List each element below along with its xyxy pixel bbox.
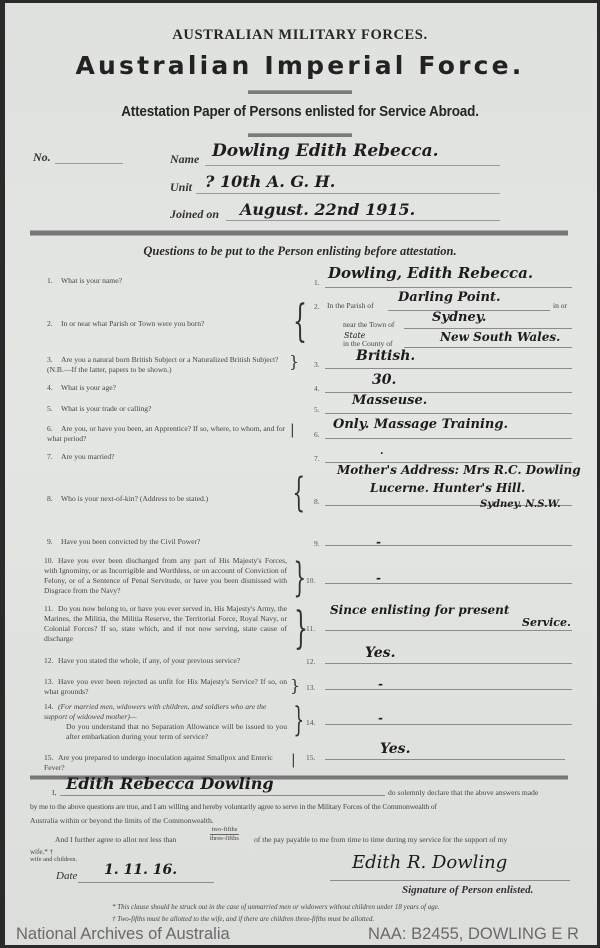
question-15: 15.Are you prepared to undergo inoculati… xyxy=(44,753,287,773)
in-or-label: in or xyxy=(553,301,567,311)
answer-line xyxy=(325,368,572,369)
answer-9: - xyxy=(376,535,381,549)
footnote: * This clause should be struck out in th… xyxy=(112,903,440,911)
parish-label: In the Parish of xyxy=(327,301,374,311)
answer-number: 12. xyxy=(306,657,315,666)
answer-15: Yes. xyxy=(380,741,410,757)
joined-label: Joined on xyxy=(170,207,219,222)
question-14: 14.(For married men, widowers with child… xyxy=(44,702,287,742)
answer-4: 30. xyxy=(372,372,396,388)
section-divider xyxy=(30,230,568,236)
no-field xyxy=(55,163,123,164)
brace-icon: } xyxy=(290,676,300,695)
declaration-signed-name: Edith Rebecca Dowling xyxy=(66,774,274,793)
answer-number: 6. xyxy=(314,430,320,439)
unit-label: Unit xyxy=(170,180,192,195)
joined-field-line xyxy=(226,220,500,221)
answer-number: 7. xyxy=(314,454,320,463)
joined-value: August. 22nd 1915. xyxy=(240,200,415,219)
date-label: Date xyxy=(56,870,77,882)
answer-number: 5. xyxy=(314,405,320,414)
answer-number: 4. xyxy=(314,384,320,393)
answer-number: 11. xyxy=(306,624,315,633)
answer-1: Dowling, Edith Rebecca. xyxy=(328,264,533,282)
name-label: Name xyxy=(170,152,199,167)
answer-line xyxy=(325,663,572,664)
answer-7: . xyxy=(380,446,383,457)
answer-12: Yes. xyxy=(365,645,395,661)
signature-label: Signature of Person enlisted. xyxy=(402,884,533,896)
answer-11-line1: Since enlisting for present xyxy=(330,603,509,617)
header-military-forces: AUSTRALIAN MILITARY FORCES. xyxy=(0,27,600,44)
county-value: New South Wales. xyxy=(440,330,560,344)
header-divider xyxy=(248,133,352,137)
answer-line xyxy=(325,438,572,439)
declaration-name-line xyxy=(60,795,385,796)
watermark-record-id: NAA: B2455, DOWLING E R xyxy=(368,925,579,944)
answer-line xyxy=(325,583,572,584)
answer-line xyxy=(325,413,572,414)
wife-children-line: wife and children. xyxy=(30,853,77,867)
questions-heading: Questions to be put to the Person enlist… xyxy=(0,244,600,259)
answer-11-line2: Service. xyxy=(522,616,571,629)
answer-line xyxy=(404,328,572,329)
question-6: 6.Are you, or have you been, an Apprenti… xyxy=(47,424,287,444)
question-12: 12.Have you stated the whole, if any, of… xyxy=(44,656,287,666)
answer-line xyxy=(404,347,572,348)
next-of-kin-line1: Mother's Address: Mrs R.C. Dowling xyxy=(337,463,581,477)
answer-number: 1. xyxy=(314,278,320,287)
question-5: 5.What is your trade or calling? xyxy=(47,404,287,414)
date-value: 1. 11. 16. xyxy=(104,862,177,878)
answer-line xyxy=(325,545,572,546)
footnote: † Two-fifths must be allotted to the wif… xyxy=(112,915,374,923)
question-8: 8.Who is your next-of-kin? (Address to b… xyxy=(47,494,287,504)
unit-field-line xyxy=(196,193,500,194)
parish-value: Darling Point. xyxy=(398,290,501,305)
answer-6: Only. Massage Training. xyxy=(333,417,508,432)
header-imperial-force: Australian Imperial Force. xyxy=(0,51,600,80)
signature-line xyxy=(330,880,570,881)
answer-line xyxy=(325,287,572,288)
date-line xyxy=(78,882,214,883)
answer-line xyxy=(325,630,572,631)
answer-3: British. xyxy=(356,348,415,364)
question-2: 2.In or near what Parish or Town were yo… xyxy=(47,319,287,329)
next-of-kin-line3: Sydney. N.S.W. xyxy=(480,499,561,510)
question-4: 4.What is your age? xyxy=(47,383,287,393)
brace-icon: } xyxy=(293,700,304,740)
brace-icon: { xyxy=(293,296,307,347)
town-value: Sydney. xyxy=(432,310,486,325)
answer-number: 2. xyxy=(314,302,320,311)
answer-number: 9. xyxy=(314,539,320,548)
answer-5: Masseuse. xyxy=(352,393,427,408)
question-10: 10.Have you ever been discharged from an… xyxy=(44,556,287,596)
answer-10: - xyxy=(376,571,381,585)
answer-13: - xyxy=(378,677,383,691)
answer-line xyxy=(325,759,565,760)
question-9: 9.Have you been convicted by the Civil P… xyxy=(47,537,287,547)
allotment-text: And I further agree to allot not less th… xyxy=(55,833,176,847)
watermark-archive-name: National Archives of Australia xyxy=(16,925,230,944)
header-attestation-title: Attestation Paper of Persons enlisted fo… xyxy=(30,103,570,120)
answer-number: 13. xyxy=(306,683,315,692)
question-7: 7.Are you married? xyxy=(47,452,287,462)
brace-icon: | xyxy=(291,752,296,768)
town-label: near the Town of xyxy=(343,320,394,330)
next-of-kin-line2: Lucerne. Hunter's Hill. xyxy=(370,481,525,495)
answer-number: 14. xyxy=(306,718,315,727)
answer-14: - xyxy=(378,711,383,725)
question-3: 3.Are you a natural born British Subject… xyxy=(47,355,287,375)
name-field-line xyxy=(205,165,500,166)
answer-line xyxy=(325,724,572,725)
answer-number: 3. xyxy=(314,360,320,369)
answer-number: 15. xyxy=(306,753,315,762)
header-divider xyxy=(248,90,352,94)
question-1: 1.What is your name? xyxy=(47,276,287,286)
question-11: 11.Do you now belong to, or have you eve… xyxy=(44,604,287,644)
allotment-text: of the pay payable to me from time to ti… xyxy=(254,833,507,847)
answer-number: 10. xyxy=(306,576,315,585)
brace-icon: } xyxy=(289,352,299,371)
brace-icon: } xyxy=(293,555,306,601)
brace-icon: | xyxy=(290,422,295,438)
name-value: Dowling Edith Rebecca. xyxy=(212,141,439,161)
declaration-text: Australia within or beyond the limits of… xyxy=(30,814,214,828)
answer-number: 8. xyxy=(314,497,320,506)
signature-value: Edith R. Dowling xyxy=(352,852,507,873)
no-label: No. xyxy=(33,150,51,165)
declaration-text: do solemnly declare that the above answe… xyxy=(388,786,538,800)
allotment-fraction: two-fifths three-fifths xyxy=(210,826,239,843)
declaration-text: by me to the above questions are true, a… xyxy=(30,800,570,814)
unit-value: ? 10th A. G. H. xyxy=(205,172,335,191)
question-13: 13.Have you ever been rejected as unfit … xyxy=(44,677,287,697)
declaration-prefix: I, xyxy=(52,786,56,800)
answer-line xyxy=(325,689,572,690)
brace-icon: { xyxy=(292,470,305,516)
